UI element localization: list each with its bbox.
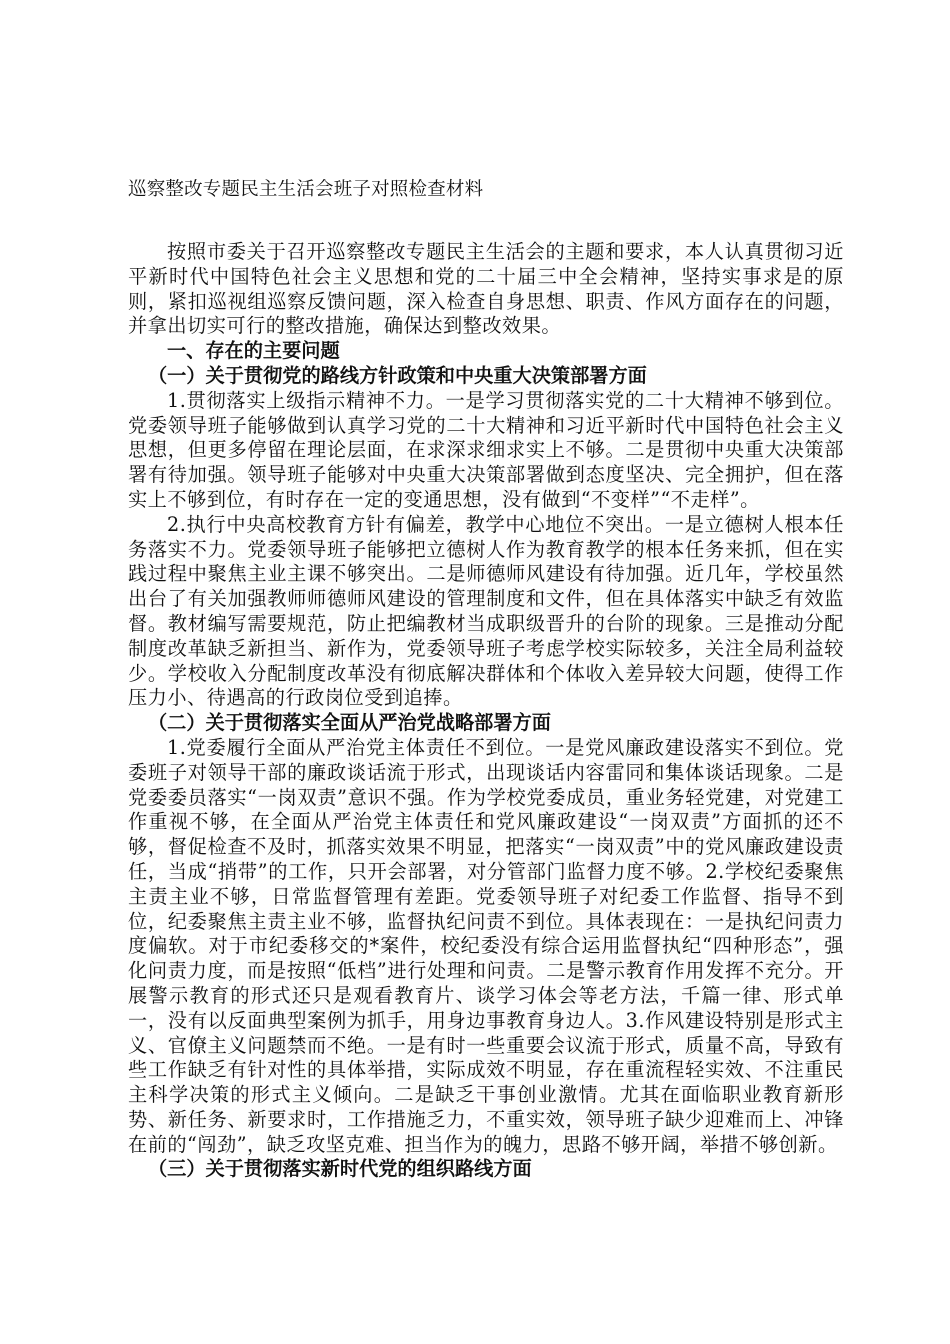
title-spacer — [128, 202, 844, 240]
subsection-heading-1: （一）关于贯彻党的路线方针政策和中央重大决策部署方面 — [128, 364, 844, 389]
body-paragraph: 1.贯彻落实上级指示精神不力。一是学习贯彻落实党的二十大精神不够到位。党委领导班… — [128, 389, 844, 513]
subsection-heading-3: （三）关于贯彻落实新时代党的组织路线方面 — [128, 1157, 844, 1182]
intro-paragraph: 按照市委关于召开巡察整改专题民主生活会的主题和要求，本人认真贯彻习近平新时代中国… — [128, 240, 844, 339]
body-paragraph: 2.执行中央高校教育方针有偏差，教学中心地位不突出。一是立德树人根本任务落实不力… — [128, 513, 844, 711]
document-page: 巡察整改专题民主生活会班子对照检查材料 按照市委关于召开巡察整改专题民主生活会的… — [128, 178, 844, 1182]
document-title: 巡察整改专题民主生活会班子对照检查材料 — [128, 178, 844, 202]
subsection-heading-2: （二）关于贯彻落实全面从严治党战略部署方面 — [128, 711, 844, 736]
section-heading-main-problems: 一、存在的主要问题 — [128, 339, 844, 364]
body-paragraph: 1.党委履行全面从严治党主体责任不到位。一是党风廉政建设落实不到位。党委班子对领… — [128, 736, 844, 1158]
